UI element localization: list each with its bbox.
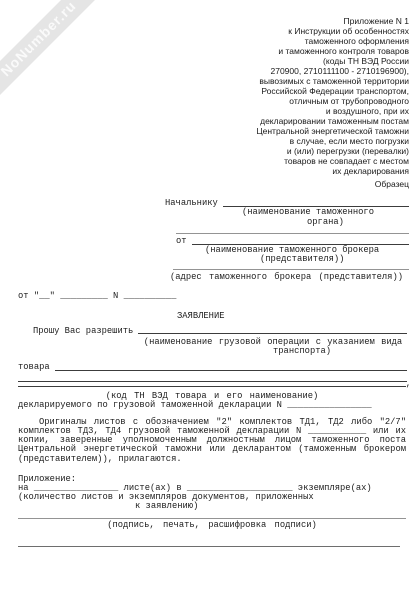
to-label: Начальнику (165, 199, 218, 208)
signature-caption: (подпись, печать, расшифровка подписи) (18, 521, 406, 530)
header-line: в случае, если место погрузки (256, 136, 409, 146)
watermark-ribbon: NoNumber.ru (0, 0, 132, 132)
header-line: товаров не совпадает с местом (256, 156, 409, 166)
header-line: (коды ТН ВЭД России (256, 56, 409, 66)
header-line: 270900, 2710111100 - 2710196900), (256, 66, 409, 76)
document-page: NoNumber.ru Приложение N 1 к Инструкции … (0, 0, 420, 600)
request-lead-label: Прошу Вас разрешить (33, 327, 133, 336)
attachment-block: Приложение: на ________________ листе(ах… (18, 475, 408, 512)
header-line: Российской Федерации транспортом, (256, 86, 409, 96)
declared-line: декларируемого по грузовой таможенной де… (18, 401, 372, 410)
header-line: вывозимых с таможенной территории (256, 76, 409, 86)
header-line: к Инструкции об особенностях (256, 26, 409, 36)
operation-caption: (наименование грузовой операции с указан… (140, 338, 406, 357)
header-line: Центральной энергетической таможни (256, 126, 409, 136)
statement-title: ЗАЯВЛЕНИЕ (177, 312, 225, 321)
header-line: отличным от трубопроводного (256, 96, 409, 106)
from-label: от (176, 237, 187, 246)
rule (173, 269, 409, 270)
blank-field (138, 333, 407, 334)
header-line: и таможенного контроля товаров (256, 46, 409, 56)
from-caption: (представителя)) (165, 255, 409, 264)
header-line: декларировании таможенным постам (256, 116, 409, 126)
comma: , (406, 380, 411, 389)
header-line: и (или) перегрузки (перевалки) (256, 146, 409, 156)
header-line: таможенного оформления (256, 36, 409, 46)
originals-paragraph: Оригиналы листов с обозначением "2" комп… (18, 418, 406, 464)
blank-field (18, 386, 406, 387)
rule (176, 233, 409, 234)
blank-row: , (18, 380, 411, 389)
to-caption: органа) (165, 218, 409, 227)
signature-rule (18, 518, 406, 519)
sample-label: Образец (375, 180, 409, 189)
header-line: Приложение N 1 (256, 16, 409, 26)
header-line: их декларирования (256, 166, 409, 176)
address-caption: (адрес таможенного брокера (представител… (165, 273, 409, 282)
header-line: и воздушного, при их (256, 106, 409, 116)
attachment-caption: к заявлению) (18, 502, 408, 511)
to-caption: (наименование таможенного (165, 208, 409, 217)
attachment-caption: (количество листов и экземпляров докумен… (18, 493, 408, 502)
watermark-text: NoNumber.ru (0, 0, 77, 77)
request-row: Прошу Вас разрешить (18, 327, 407, 336)
reference-line: от "__" _________ N __________ (18, 292, 176, 301)
bottom-rule (18, 546, 400, 547)
operation-caption-line: транспорта) (140, 347, 406, 356)
paragraph-line: (представителем)), прилагаются. (18, 455, 406, 464)
addressee-block: Начальнику (наименование таможенного орг… (165, 199, 409, 282)
appendix-header: Приложение N 1 к Инструкции об особеннос… (256, 16, 409, 176)
